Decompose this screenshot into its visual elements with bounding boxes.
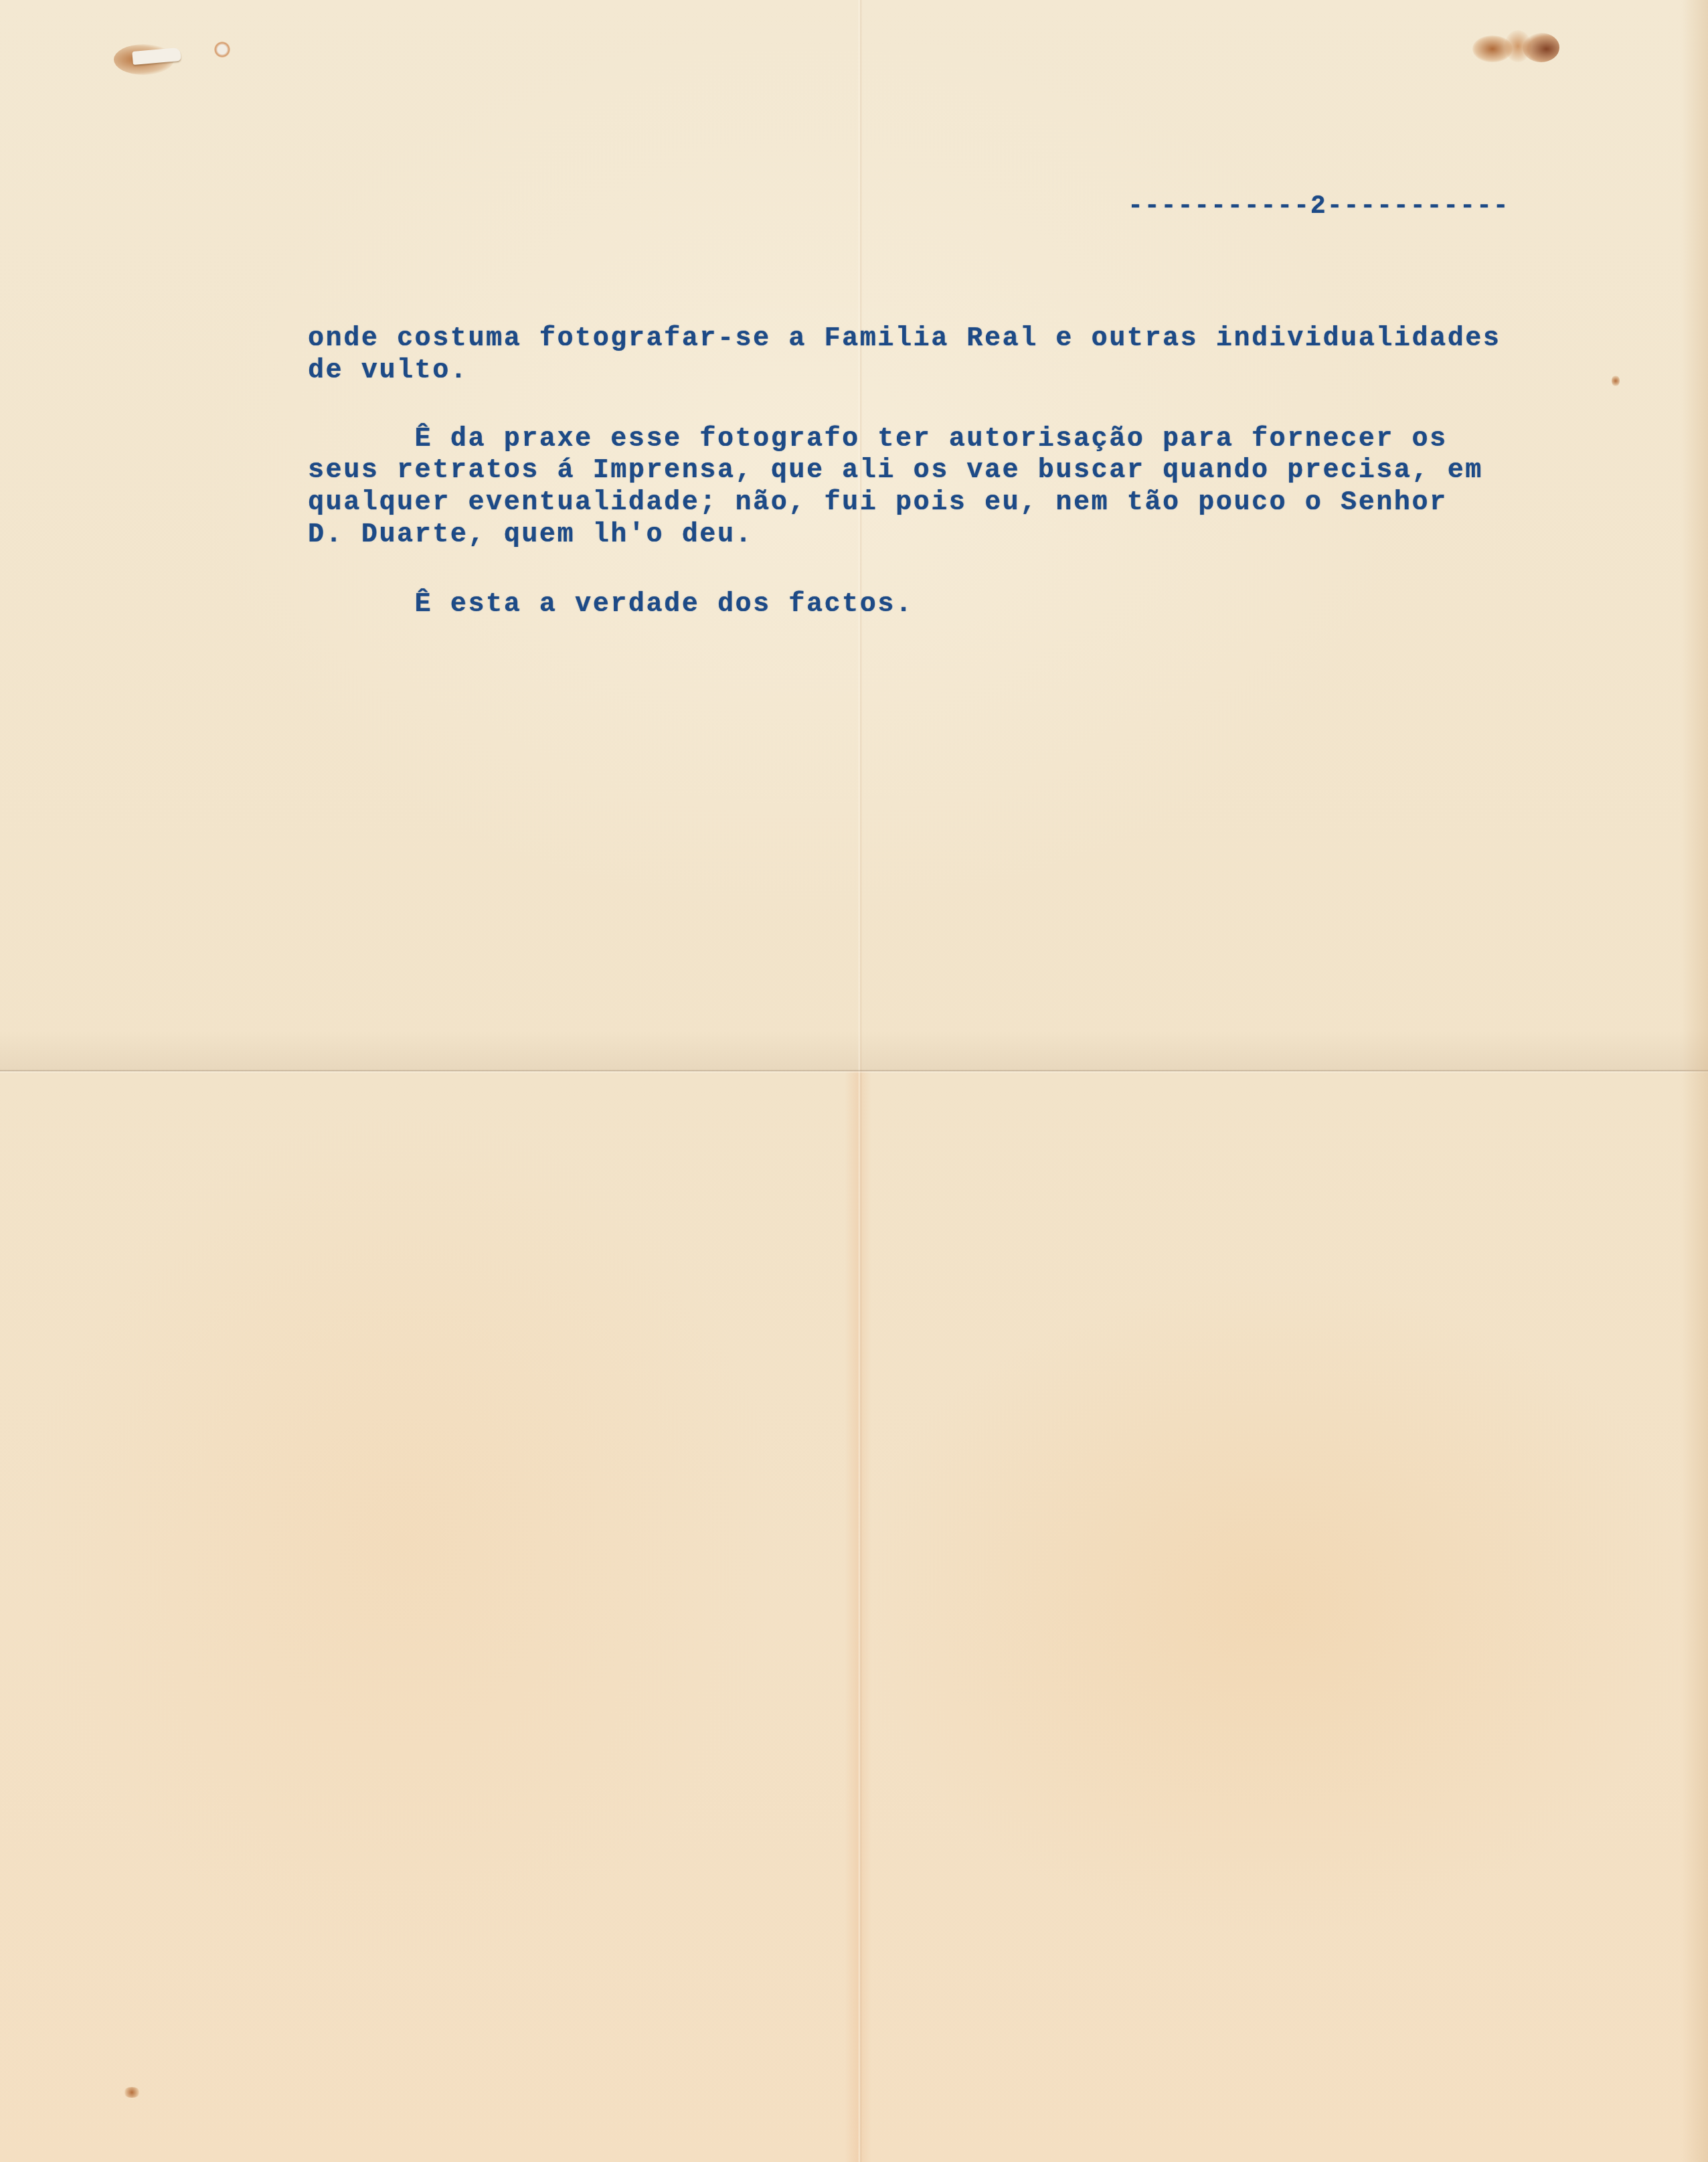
paper-edge-discoloration [1681,0,1708,2162]
scanned-letter-page: -----------2----------- onde costuma fot… [0,0,1708,2162]
paragraph-1-line-1: onde costuma fotografar-se a Familia Rea… [308,326,1501,353]
paragraph-3-line-1: Ê esta a verdade dos factos. [308,592,914,618]
staple-pinhole [214,41,230,58]
rust-blot [1523,33,1559,62]
rust-spot [1612,375,1620,387]
page-number-marker: -----------2----------- [1128,194,1510,220]
paragraph-2-line-3: qualquer eventualidade; não, fui pois eu… [308,490,1448,517]
rust-staple-hole-icon [114,41,194,75]
rust-spot [123,2087,141,2098]
rust-stain-top-right-icon [1472,30,1559,64]
paragraph-2-line-2: seus retratos á Imprensa, que ali os vae… [308,458,1483,485]
horizontal-fold-line [0,1070,1708,1073]
paragraph-2-line-4: D. Duarte, quem lh'o deu. [308,522,753,549]
fold-shadow [0,1031,1708,1071]
paragraph-2-line-1: Ê da praxe esse fotografo ter autorisaçã… [308,426,1448,453]
paragraph-1-line-2: de vulto. [308,358,468,385]
